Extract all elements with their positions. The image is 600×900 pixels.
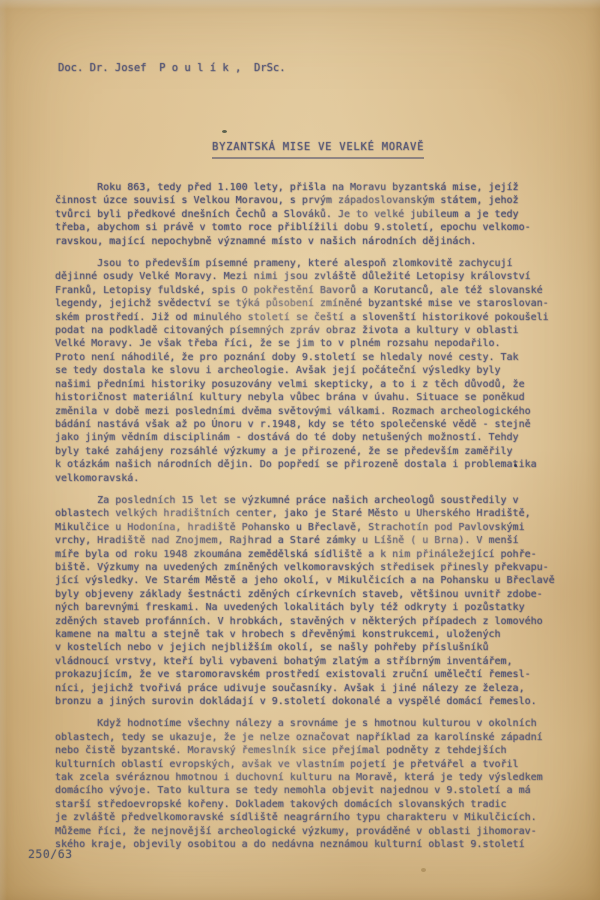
typewritten-document-page: Doc. Dr. Josef P o u l í k , DrSc. BYZAN… [0, 0, 600, 900]
document-title-wrap: BYZANTSKÁ MISE VE VELKÉ MORAVĚ [212, 135, 424, 159]
paper-stain [421, 868, 426, 872]
paragraph-3: Za posledních 15 let se výzkumné práce n… [55, 494, 581, 709]
page-number: 250/63 [28, 847, 73, 861]
author-line: Doc. Dr. Josef P o u l í k , DrSc. [58, 62, 286, 74]
document-title: BYZANTSKÁ MISE VE VELKÉ MORAVĚ [212, 141, 424, 159]
paragraph-1: Roku 863, tedy před 1.100 lety, přišla n… [55, 181, 581, 248]
ink-speck [514, 464, 517, 467]
ink-speck [222, 130, 227, 133]
paragraph-4: Když hodnotíme všechny nálezy a srovnáme… [55, 717, 581, 851]
document-body: Roku 863, tedy před 1.100 lety, přišla n… [55, 181, 581, 861]
paragraph-2: Jsou to především písemné prameny, které… [55, 257, 581, 485]
